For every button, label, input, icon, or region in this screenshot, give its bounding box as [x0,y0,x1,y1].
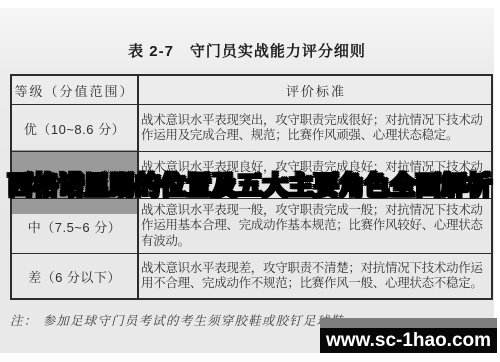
table-title: 表 2-7 守门员实战能力评分细则 [0,40,494,61]
article-headline-overlay: 西格诺里踢的位置及五大主要角色全面解析 [0,165,500,203]
criteria-cell: 战术意识水平表现一般，攻守职责完成一般；对抗情况下技术动作运用基本合理、完成动作… [139,199,491,253]
header-grade-label: 等级（分值范围） [14,81,134,100]
table-row-excellent: 优（10~8.6 分） 战术意识水平表现突出，攻守职责完成很好；对抗情况下技术动… [12,104,491,151]
header-grade-column: 等级（分值范围） [12,76,139,104]
watermark-black-box: www.sc-1hao.com [320,328,497,353]
page-margin-bottom [0,353,500,362]
watermark-gray-strip [320,318,497,328]
site-watermark: www.sc-1hao.com [320,318,497,353]
criteria-text: 战术意识水平表现突出，攻守职责完成很好；对抗情况下技术动作运用及完成合理、规范；… [141,113,491,144]
grade-cell: 差（6 分以下） [12,254,139,298]
table-row-poor: 差（6 分以下） 战术意识水平表现差，攻守职责不清楚；对抗情况下技术动作运用不合… [12,253,491,298]
watermark-url-text: www.sc-1hao.com [326,330,491,352]
criteria-cell: 战术意识水平表现突出，攻守职责完成很好；对抗情况下技术动作运用及完成合理、规范；… [139,105,491,151]
table-header-row: 等级（分值范围） 评价标准 [12,76,491,104]
header-criteria-label: 评价标准 [286,81,346,100]
grade-cell: 优（10~8.6 分） [12,105,139,151]
page-margin-top [0,0,500,8]
header-criteria-column: 评价标准 [139,76,491,104]
criteria-cell: 战术意识水平表现差，攻守职责不清楚；对抗情况下技术动作运用不合理、完成动作不规范… [139,254,491,298]
criteria-text: 战术意识水平表现一般，攻守职责完成一般；对抗情况下技术动作运用基本合理、完成动作… [141,203,491,250]
criteria-text: 战术意识水平表现差，攻守职责不清楚；对抗情况下技术动作运用不合理、完成动作不规范… [141,261,491,292]
